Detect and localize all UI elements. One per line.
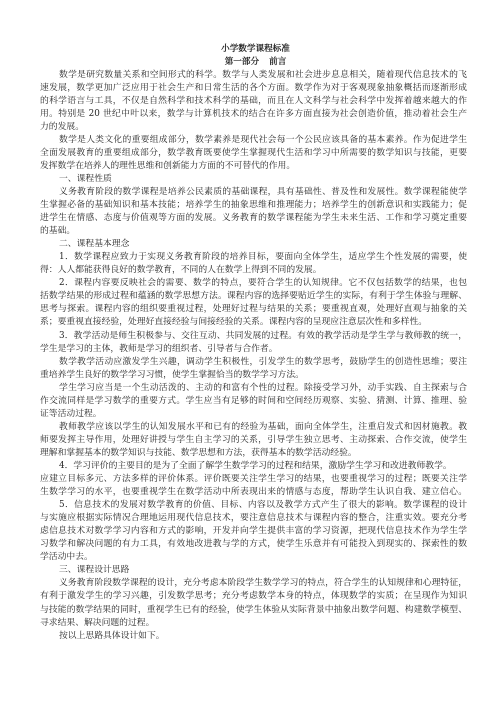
paragraph: 2．课程内容要反映社会的需要、数学的特点，要符合学生的认知规律。它不仅包括数学的… (40, 277, 467, 329)
text-line: 数学是人类文化的重要组成部分，数学素养是现代社会每一个公民应该具备的基本素养。作… (40, 134, 467, 147)
section-basic-concepts: 二、课程基本理念 1．数学课程应致力于实现义务教育阶段的培养目标，要面向全体学生… (40, 238, 467, 564)
text-line: 4．学习评价的主要目的是为了全面了解学生数学学习的过程和结果，激励学生学习和改进… (40, 460, 467, 473)
text-line: 2．课程内容要反映社会的需要、数学的特点，要符合学生的认知规律。它不仅包括数学的… (40, 277, 467, 290)
text-line: 与实施应根据实际情况合理地运用现代信息技术，要注意信息技术与课程内容的整合，注重… (40, 512, 467, 525)
paragraph: 义务教育阶段的数学课程是培养公民素质的基础课程，具有基础性、普及性和发展性。数学… (40, 186, 467, 238)
text-line: 按以上思路具体设计如下。 (40, 630, 467, 643)
text-line: 得：人人都能获得良好的数学教育，不同的人在数学上得到不同的发展。 (40, 264, 467, 277)
text-line: 作交流同样是学习数学的重要方式。学生应当有足够的时间和空间经历观察、实验、猜测、… (40, 395, 467, 408)
paragraph: 义务教育阶段数学课程的设计，充分考虑本阶段学生数学学习的特点，符合学生的认知规律… (40, 577, 467, 629)
paragraph: 4．学习评价的主要目的是为了全面了解学生数学学习的过程和结果，激励学生学习和改进… (40, 460, 467, 499)
text-line: 生数学学习的水平，也要重视学生在数学活动中所表现出来的情感与态度，帮助学生认识自… (40, 486, 467, 499)
text-line: 的科学语言与工具，不仅是自然科学和技术科学的基础，而且在人文科学与社会科学中发挥… (40, 95, 467, 108)
section-design-approach: 三、课程设计思路 义务教育阶段数学课程的设计，充分考虑本阶段学生数学学习的特点，… (40, 564, 467, 642)
text-line: 3．教学活动是师生积极参与、交往互动、共同发展的过程。有效的教学活动是学生学与教… (40, 330, 467, 343)
text-line: 证等活动过程。 (40, 408, 467, 421)
text-line: 学生是学习的主体，教师是学习的组织者、引导者与合作者。 (40, 343, 467, 356)
text-line: 虑信息技术对数学学习内容和方式的影响，开发并向学生提供丰富的学习资源，把现代信息… (40, 525, 467, 538)
paragraph: 教师教学应该以学生的认知发展水平和已有的经验为基础，面向全体学生，注重启发式和因… (40, 421, 467, 460)
text-line: 1．数学课程应致力于实现义务教育阶段的培养目标，要面向全体学生，适应学生个性发展… (40, 251, 467, 264)
paragraph: 学生学习应当是一个生动活泼的、主动的和富有个性的过程。除接受学习外，动手实践、自… (40, 382, 467, 421)
text-line: 有利于激发学生的学习兴趣，引发数学思考；充分考虑数学本身的特点，体现数学的实质；… (40, 590, 467, 603)
paragraph: 按以上思路具体设计如下。 (40, 630, 467, 643)
text-line: 力的发展。 (40, 121, 467, 134)
text-line: 速发展，数学更加广泛应用于社会生产和日常生活的各个方面。数学作为对于客观现象抽象… (40, 82, 467, 95)
paragraph: 5．信息技术的发展对数学教育的价值、目标、内容以及教学方式产生了很大的影响。数学… (40, 499, 467, 564)
document-title: 小学数学课程标准 (40, 43, 467, 56)
text-line: 重培养学生良好的数学学习习惯，使学生掌握恰当的数学学习方法。 (40, 369, 467, 382)
section-heading: 一、课程性质 (40, 173, 467, 186)
text-line: 学活动中去。 (40, 551, 467, 564)
paragraph: 1．数学课程应致力于实现义务教育阶段的培养目标，要面向全体学生，适应学生个性发展… (40, 251, 467, 277)
part-heading: 第一部分前言 (40, 56, 467, 69)
text-line: 全面发展教育的重要组成部分，数学教育既要使学生掌握现代生活和学习中所需要的数学知… (40, 147, 467, 160)
text-line: 习数学和解决问题的有力工具，有效地改进教与学的方式，使学生乐意并有可能投入到现实… (40, 538, 467, 551)
text-line: 的基础。 (40, 225, 467, 238)
section-heading: 三、课程设计思路 (40, 564, 467, 577)
text-line: 思考与探索。课程内容的组织要重视过程，处理好过程与结果的关系；要重视直观，处理好… (40, 303, 467, 316)
text-line: 数学是研究数量关系和空间形式的科学。数学与人类发展和社会进步息息相关，随着现代信… (40, 69, 467, 82)
text-line: 寻求结果、解决问题的过程。 (40, 617, 467, 630)
text-line: 进学生在情感、态度与价值观等方面的发展。义务教育的数学课程能为学生未来生活、工作… (40, 212, 467, 225)
text-line: 生掌握必备的基础知识和基本技能；培养学生的抽象思维和推理能力；培养学生的创新意识… (40, 199, 467, 212)
text-line: 括数学结果的形成过程和蕴涵的数学思想方法。课程内容的选择要贴近学生的实际，有利于… (40, 290, 467, 303)
preface-paragraph: 数学是人类文化的重要组成部分，数学素养是现代社会每一个公民应该具备的基本素养。作… (40, 134, 467, 173)
paragraph: 3．教学活动是师生积极参与、交往互动、共同发展的过程。有效的教学活动是学生学与教… (40, 330, 467, 356)
text-line: 义务教育阶段数学课程的设计，充分考虑本阶段学生数学学习的特点，符合学生的认知规律… (40, 577, 467, 590)
document-page: 小学数学课程标准 第一部分前言 数学是研究数量关系和空间形式的科学。数学与人类发… (40, 43, 467, 643)
section-course-nature: 一、课程性质 义务教育阶段的数学课程是培养公民素质的基础课程，具有基础性、普及性… (40, 173, 467, 238)
part-label: 第一部分 (225, 57, 259, 67)
text-line: 数学教学活动应激发学生兴趣，调动学生积极性，引发学生的数学思考，鼓励学生的创造性… (40, 356, 467, 369)
text-line: 用。特别是 20 世纪中叶以来，数学与计算机技术的结合在许多方面直接为社会创造价… (40, 108, 467, 121)
text-line: 系；要重视直接经验，处理好直接经验与间接经验的关系。课程内容的呈现应注意层次性和… (40, 316, 467, 329)
text-line: 义务教育阶段的数学课程是培养公民素质的基础课程，具有基础性、普及性和发展性。数学… (40, 186, 467, 199)
text-line: 师要发挥主导作用，处理好讲授与学生自主学习的关系，引导学生独立思考、主动探索、合… (40, 434, 467, 447)
part-title: 前言 (269, 57, 286, 67)
text-line: 与技能的数学结果的同时，重视学生已有的经验，使学生体验从实际背景中抽象出数学问题… (40, 604, 467, 617)
text-line: 应建立目标多元、方法多样的评价体系。评价既要关注学生学习的结果，也要重视学习的过… (40, 473, 467, 486)
text-line: 学生学习应当是一个生动活泼的、主动的和富有个性的过程。除接受学习外，动手实践、自… (40, 382, 467, 395)
paragraph: 数学教学活动应激发学生兴趣，调动学生积极性，引发学生的数学思考，鼓励学生的创造性… (40, 356, 467, 382)
text-line: 教师教学应该以学生的认知发展水平和已有的经验为基础，面向全体学生，注重启发式和因… (40, 421, 467, 434)
preface-paragraph: 数学是研究数量关系和空间形式的科学。数学与人类发展和社会进步息息相关，随着现代信… (40, 69, 467, 134)
text-line: 发挥数学在培养人的理性思维和创新能力方面的不可替代的作用。 (40, 160, 467, 173)
text-line: 5．信息技术的发展对数学教育的价值、目标、内容以及教学方式产生了很大的影响。数学… (40, 499, 467, 512)
section-heading: 二、课程基本理念 (40, 238, 467, 251)
text-line: 理解和掌握基本的数学知识与技能、数学思想和方法，获得基本的数学活动经验。 (40, 447, 467, 460)
